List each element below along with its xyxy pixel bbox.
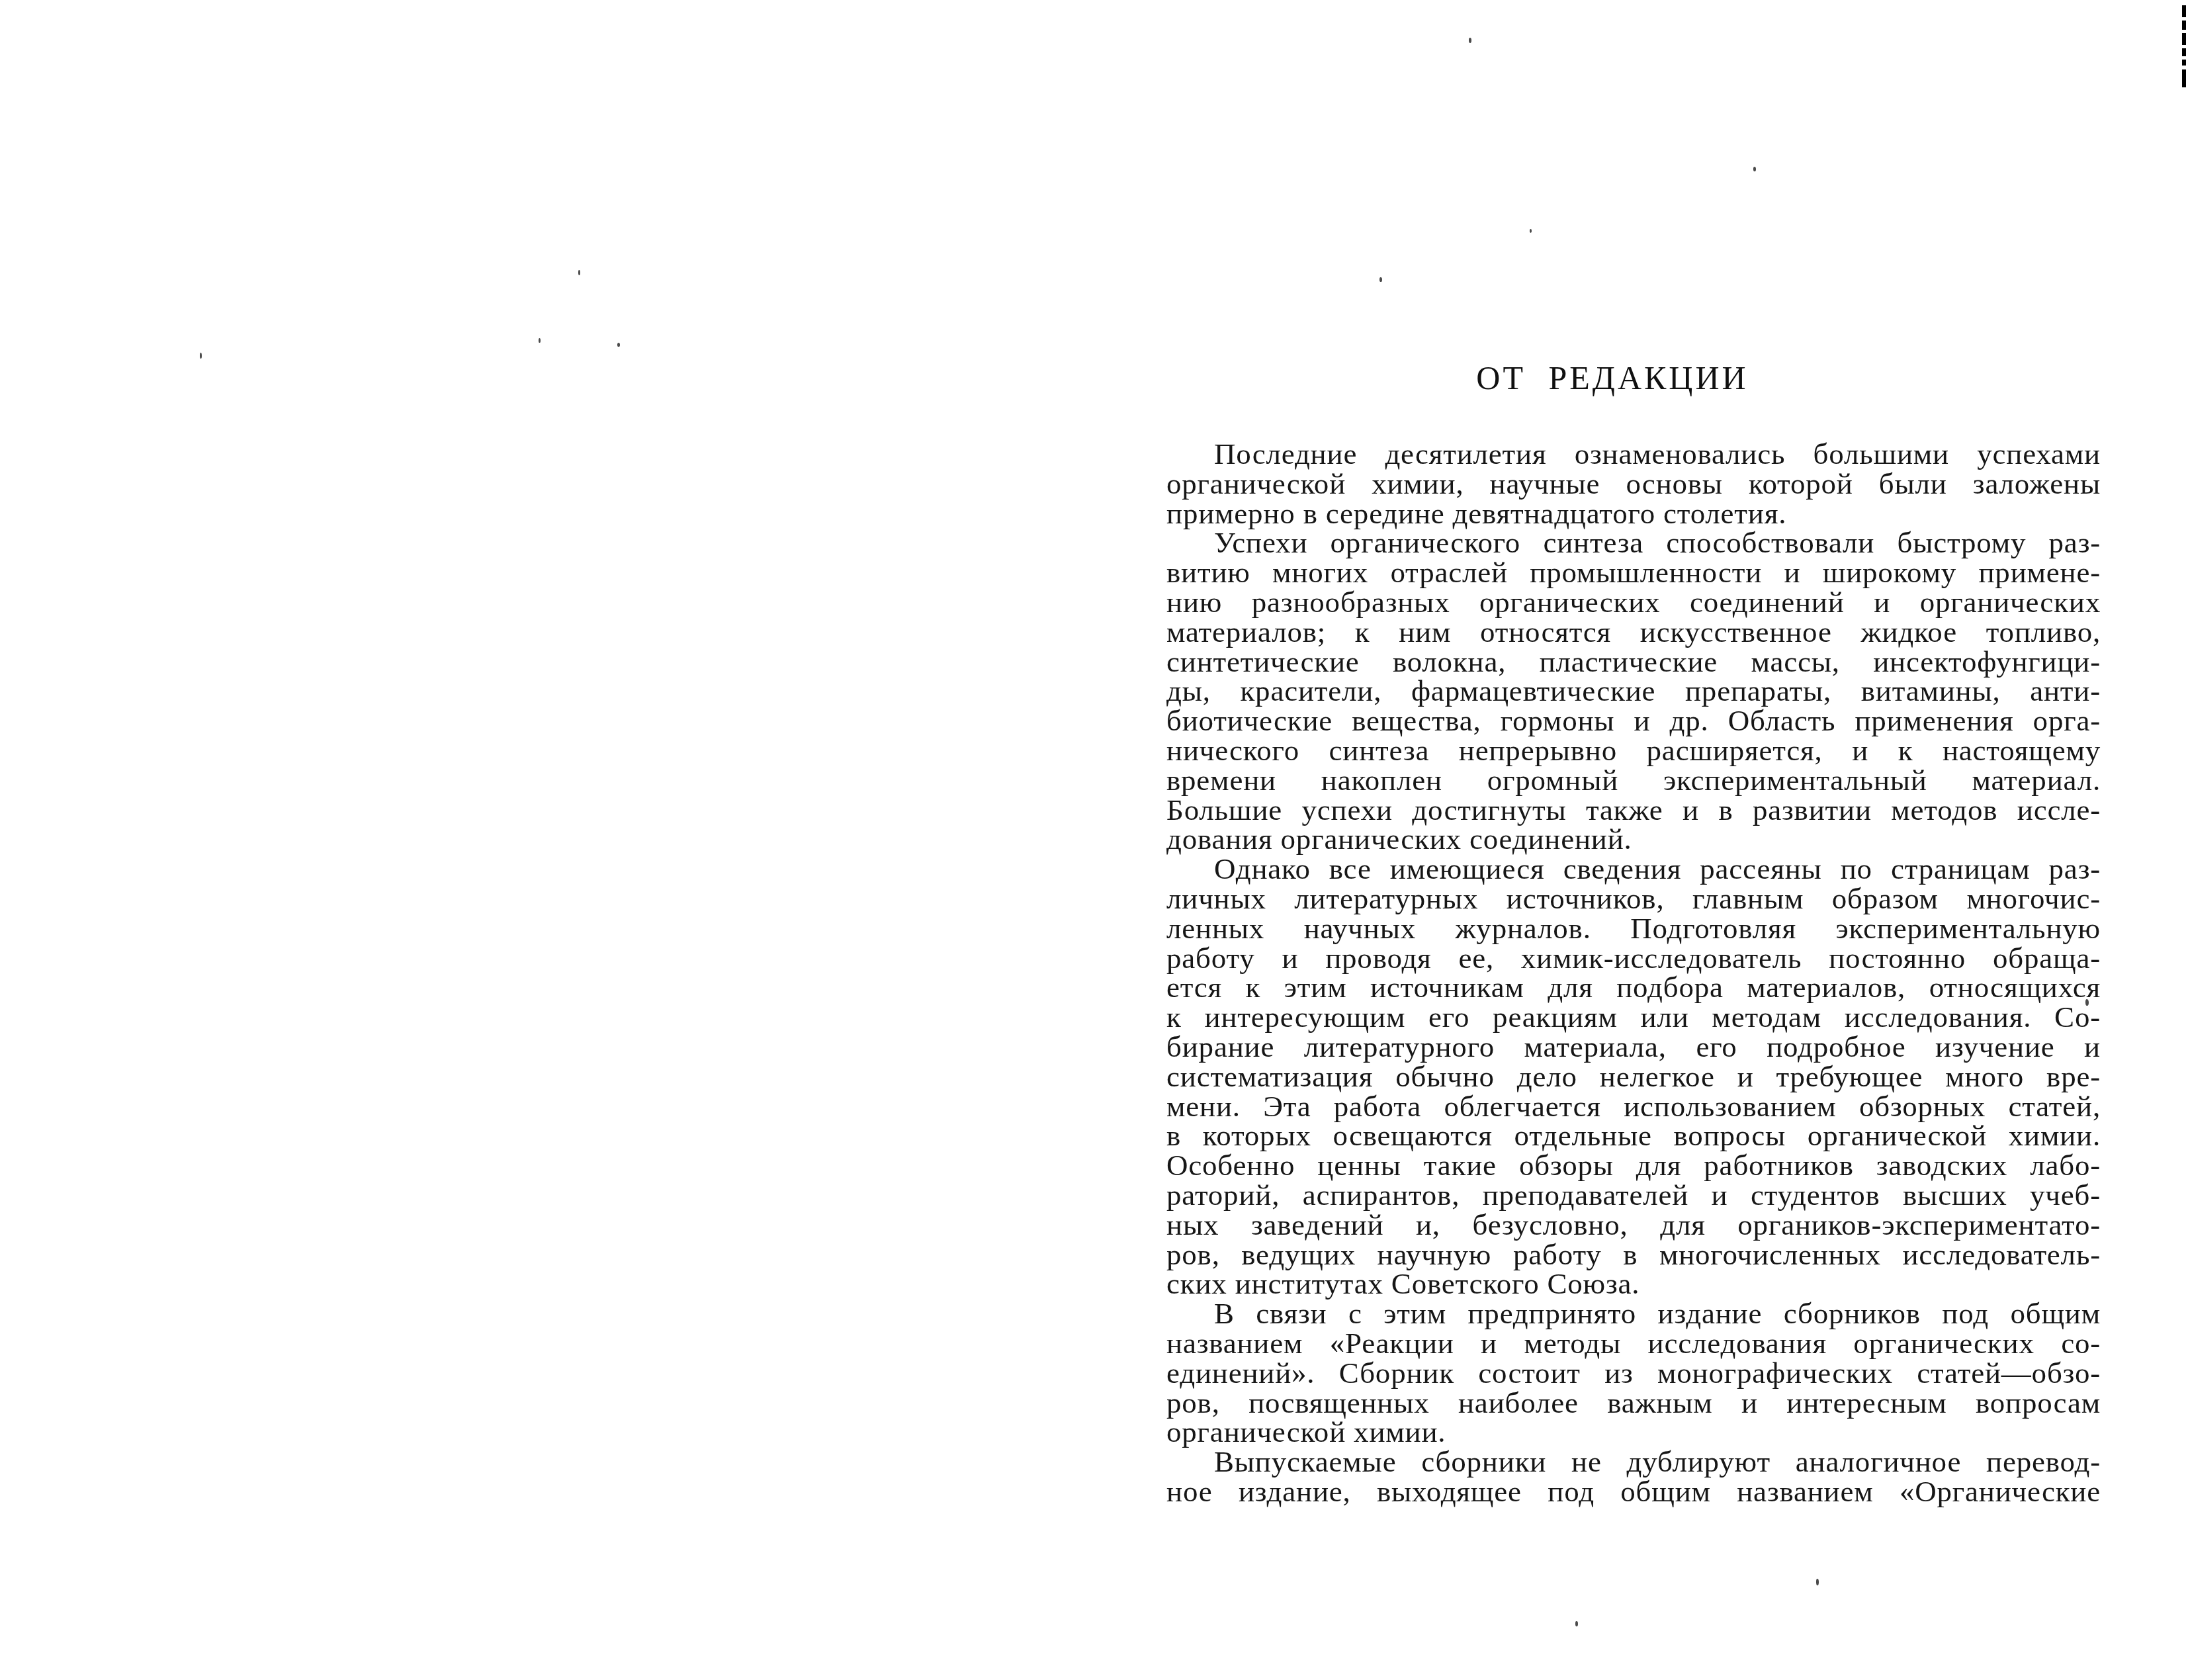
scan-speck — [1575, 1621, 1578, 1626]
text-line: единений». Сборник состоит из монографич… — [1166, 1358, 2101, 1388]
text-line: бирание литературного материала, его под… — [1166, 1032, 2101, 1062]
text-line: ров, посвященных наиболее важным и интер… — [1166, 1388, 2101, 1418]
paragraph: Последние десятилетия ознаменовались бол… — [1166, 439, 2101, 528]
scan-edge-artifact — [2182, 69, 2186, 87]
text-line: ды, красители, фармацевтические препарат… — [1166, 676, 2101, 706]
text-line: Последние десятилетия ознаменовались бол… — [1166, 439, 2101, 469]
text-line: названием «Реакции и методы исследования… — [1166, 1329, 2101, 1358]
paragraph: Однако все имеющиеся сведения рассеяны п… — [1166, 854, 2101, 1299]
scan-speck — [1469, 38, 1471, 43]
text-line: ное издание, выходящее под общим названи… — [1166, 1477, 2101, 1507]
scan-speck — [1530, 229, 1532, 233]
text-line: нического синтеза непрерывно расширяется… — [1166, 736, 2101, 766]
text-line: систематизация обычно дело нелегкое и тр… — [1166, 1062, 2101, 1092]
text-line: раторий, аспирантов, преподавателей и ст… — [1166, 1180, 2101, 1210]
text-line: ров, ведущих научную работу в многочисле… — [1166, 1240, 2101, 1270]
scan-edge-artifact — [2182, 60, 2186, 66]
paragraph: Выпускаемые сборники не дублируют аналог… — [1166, 1447, 2101, 1507]
scan-speck — [200, 353, 202, 359]
scan-speck — [1816, 1579, 1819, 1585]
scan-speck — [578, 270, 580, 275]
text-line: времени накоплен огромный эксперименталь… — [1166, 766, 2101, 795]
text-line: нию разнообразных органических соединени… — [1166, 588, 2101, 617]
text-block: Последние десятилетия ознаменовались бол… — [1166, 439, 2101, 1507]
text-line: ется к этим источникам для подбора матер… — [1166, 973, 2101, 1002]
text-line: Успехи органического синтеза способствов… — [1166, 528, 2101, 558]
text-line: витию многих отраслей промышленности и ш… — [1166, 558, 2101, 588]
text-line: синтетические волокна, пластические масс… — [1166, 647, 2101, 677]
text-line: к интересующим его реакциям или методам … — [1166, 1002, 2101, 1032]
text-line: личных литературных источников, главным … — [1166, 884, 2101, 914]
text-line: дования органических соединений. — [1166, 824, 2101, 854]
text-line: Однако все имеющиеся сведения рассеяны п… — [1166, 854, 2101, 884]
text-line: органической химии, научные основы котор… — [1166, 469, 2101, 499]
text-line: примерно в середине девятнадцатого столе… — [1166, 499, 2101, 529]
text-line: мени. Эта работа облегчается использован… — [1166, 1092, 2101, 1122]
scan-edge-artifact — [2182, 33, 2186, 45]
scan-edge-artifact — [2182, 5, 2186, 17]
scan-speck — [617, 343, 620, 347]
scan-speck — [539, 338, 541, 343]
text-line: ленных научных журналов. Подготовляя экс… — [1166, 914, 2101, 944]
text-line: В связи с этим предпринято издание сборн… — [1166, 1299, 2101, 1329]
paragraph: Успехи органического синтеза способствов… — [1166, 528, 2101, 854]
text-line: работу и проводя ее, химик-исследователь… — [1166, 944, 2101, 973]
scan-speck — [1379, 277, 1382, 282]
scanned-book-page: ОТ РЕДАКЦИИ Последние десятилетия ознаме… — [0, 0, 2186, 1680]
scan-speck — [2085, 999, 2089, 1006]
text-line: органической химии. — [1166, 1417, 2101, 1447]
page-title: ОТ РЕДАКЦИИ — [1145, 361, 2079, 394]
text-line: ских институтах Советского Союза. — [1166, 1269, 2101, 1299]
text-line: материалов; к ним относятся искусственно… — [1166, 617, 2101, 647]
text-line: Большие успехи достигнуты также и в разв… — [1166, 795, 2101, 825]
text-line: Выпускаемые сборники не дублируют аналог… — [1166, 1447, 2101, 1477]
text-line: биотические вещества, гормоны и др. Обла… — [1166, 706, 2101, 736]
paragraph: В связи с этим предпринято издание сборн… — [1166, 1299, 2101, 1447]
scan-edge-artifact — [2182, 48, 2186, 56]
text-line: Особенно ценны такие обзоры для работник… — [1166, 1151, 2101, 1180]
scan-edge-artifact — [2182, 21, 2186, 30]
text-line: в которых освещаются отдельные вопросы о… — [1166, 1121, 2101, 1151]
text-line: ных заведений и, безусловно, для органик… — [1166, 1210, 2101, 1240]
scan-speck — [1753, 167, 1756, 171]
